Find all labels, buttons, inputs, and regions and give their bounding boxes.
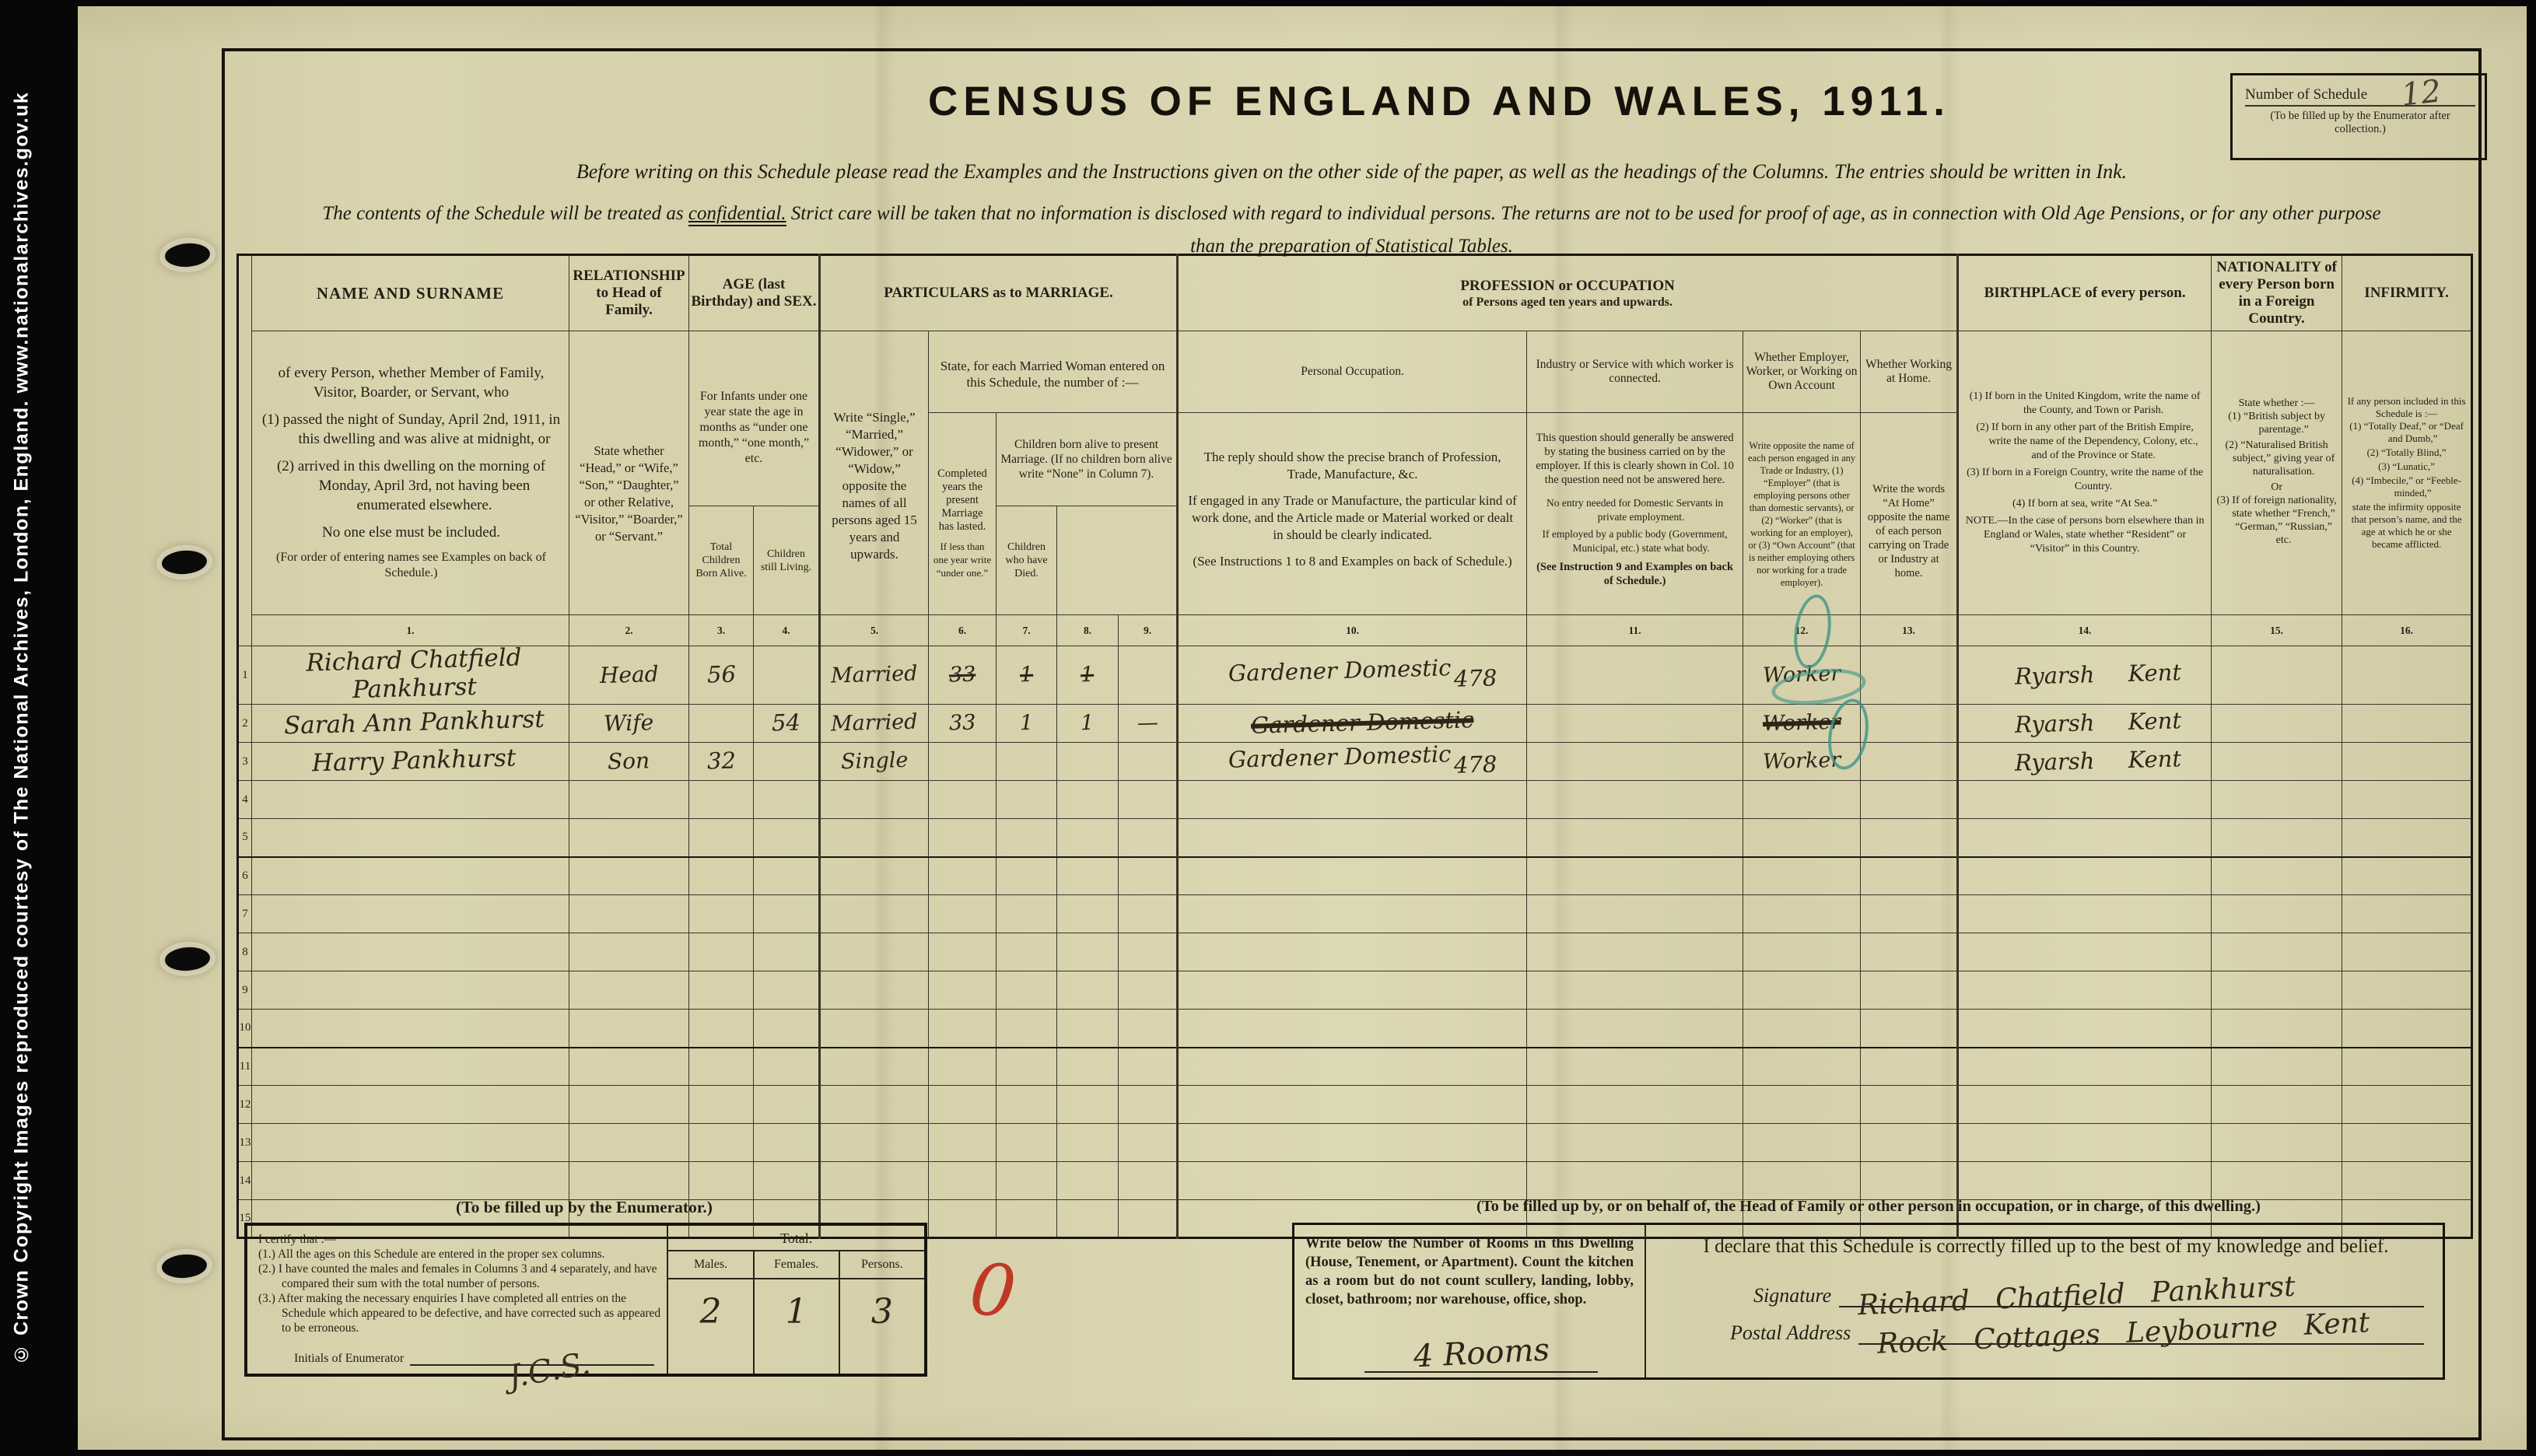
- cell-worker[interactable]: [1743, 857, 1861, 895]
- cell-years[interactable]: [929, 781, 997, 819]
- cell-died[interactable]: [1119, 819, 1178, 857]
- green-occupation-code: 478: [1454, 664, 1497, 691]
- cell-birthplace[interactable]: [1958, 1162, 2212, 1200]
- cell-died[interactable]: [1119, 646, 1178, 705]
- header-marital-status-instructions: Write “Single,” “Married,” “Widower,” or…: [820, 331, 929, 615]
- cell-born[interactable]: 1: [997, 646, 1057, 705]
- cell-name[interactable]: [252, 895, 569, 933]
- cell-born[interactable]: [997, 1124, 1057, 1162]
- industry-instruction-4: (See Instruction 9 and Exam­ples on back…: [1533, 560, 1736, 588]
- cell-age_f[interactable]: [754, 971, 820, 1010]
- cell-age_f[interactable]: [754, 1010, 820, 1048]
- cell-relationship[interactable]: [569, 1162, 689, 1200]
- cell-marriage[interactable]: [820, 1048, 929, 1086]
- cell-at_home[interactable]: [1861, 1124, 1958, 1162]
- cell-industry[interactable]: [1527, 1048, 1743, 1086]
- cell-nationality[interactable]: [2212, 1162, 2342, 1200]
- cell-marriage[interactable]: Single: [820, 743, 929, 781]
- cell-age_m[interactable]: [689, 933, 754, 971]
- schedule-number-note: (To be filled up by the Enumerator after…: [2245, 110, 2475, 136]
- infirmity-instruction-3: (3) “Lunatic,”: [2346, 460, 2467, 473]
- cell-nationality[interactable]: [2212, 1010, 2342, 1048]
- cell-living[interactable]: [1057, 1086, 1119, 1124]
- years-married-note: If less than one year write “under one.”: [933, 540, 992, 579]
- cell-years[interactable]: [929, 1124, 997, 1162]
- cell-age_m[interactable]: [689, 857, 754, 895]
- cell-age_m[interactable]: [689, 1010, 754, 1048]
- page-title: CENSUS OF ENGLAND AND WALES, 1911.: [225, 78, 2478, 125]
- row-number: 12: [238, 1086, 252, 1124]
- cell-industry[interactable]: [1527, 971, 1743, 1010]
- cell-died[interactable]: [1119, 1010, 1178, 1048]
- cell-years[interactable]: [929, 743, 997, 781]
- cell-birthplace[interactable]: [1958, 857, 2212, 895]
- cell-years[interactable]: [929, 1086, 997, 1124]
- total-label: Total.: [668, 1226, 924, 1251]
- cell-birthplace[interactable]: [1958, 933, 2212, 971]
- cell-birthplace[interactable]: [1958, 1010, 2212, 1048]
- cell-born[interactable]: 1: [997, 705, 1057, 743]
- cell-marriage[interactable]: Married: [820, 705, 929, 743]
- cell-died[interactable]: [1119, 1162, 1178, 1200]
- cell-infirmity[interactable]: [2342, 857, 2472, 895]
- cell-years[interactable]: 33: [929, 646, 997, 705]
- cell-age_m[interactable]: [689, 1124, 754, 1162]
- cell-at_home[interactable]: [1861, 819, 1958, 857]
- rooms-instructions: Write below the Number of Rooms in this …: [1305, 1234, 1634, 1309]
- cell-occupation[interactable]: [1178, 1124, 1527, 1162]
- cell-worker[interactable]: [1743, 819, 1861, 857]
- table-row: 6: [238, 857, 2472, 895]
- col-number-14: 14.: [1958, 615, 2212, 646]
- cell-birthplace[interactable]: [1958, 819, 2212, 857]
- table-row: 3Harry PankhurstSon32SingleGardener Dome…: [238, 743, 2472, 781]
- cell-marriage[interactable]: [820, 781, 929, 819]
- col-number-9: 9.: [1119, 615, 1178, 646]
- birthplace-note: NOTE.—In the case of persons born elsewh…: [1964, 514, 2205, 556]
- nationality-instruction-2: (2) “Naturalised British sub­ject,” givi…: [2216, 439, 2337, 478]
- cell-marriage[interactable]: [820, 1086, 929, 1124]
- cell-industry[interactable]: [1527, 743, 1743, 781]
- cell-age_m[interactable]: [689, 1048, 754, 1086]
- enumerator-total-table: Total. Males. Females. Persons. 2 1 3: [667, 1226, 924, 1374]
- industry-instruction-2: No entry needed for Domestic Ser­vants i…: [1533, 496, 1736, 524]
- cell-infirmity[interactable]: [2342, 1162, 2472, 1200]
- cell-years[interactable]: [929, 1162, 997, 1200]
- cell-relationship[interactable]: [569, 1086, 689, 1124]
- cell-infirmity[interactable]: [2342, 819, 2472, 857]
- cell-living[interactable]: [1057, 1010, 1119, 1048]
- cell-nationality[interactable]: [2212, 1086, 2342, 1124]
- cell-nationality[interactable]: [2212, 971, 2342, 1010]
- cell-name[interactable]: Sarah Ann Pankhurst: [252, 705, 569, 743]
- cell-nationality[interactable]: [2212, 1124, 2342, 1162]
- cell-worker[interactable]: [1743, 895, 1861, 933]
- cell-birthplace[interactable]: Ryarsh Kent: [1958, 743, 2212, 781]
- cell-worker[interactable]: [1743, 1162, 1861, 1200]
- cell-nationality[interactable]: [2212, 646, 2342, 705]
- cell-occupation[interactable]: [1178, 1010, 1527, 1048]
- cell-at_home[interactable]: [1861, 781, 1958, 819]
- cell-name[interactable]: Richard Chatfield Pankhurst: [252, 646, 569, 705]
- cell-birthplace[interactable]: Ryarsh Kent: [1958, 646, 2212, 705]
- cell-died[interactable]: [1119, 1200, 1178, 1238]
- cell-age_m[interactable]: [689, 781, 754, 819]
- header-occupation-instructions: The reply should show the precise branch…: [1178, 413, 1527, 615]
- schedule-number-value[interactable]: 12: [2366, 78, 2476, 109]
- cell-industry[interactable]: [1527, 1124, 1743, 1162]
- cell-at_home[interactable]: [1861, 1010, 1958, 1048]
- cell-at_home[interactable]: [1861, 646, 1958, 705]
- cell-marriage[interactable]: [820, 971, 929, 1010]
- cell-relationship[interactable]: [569, 895, 689, 933]
- header-industry-instructions: This question should gener­ally be answe…: [1527, 413, 1743, 615]
- cell-age_m[interactable]: [689, 895, 754, 933]
- cell-name[interactable]: [252, 1162, 569, 1200]
- cell-marriage[interactable]: Married: [820, 646, 929, 705]
- cell-birthplace[interactable]: [1958, 971, 2212, 1010]
- cell-marriage[interactable]: [820, 857, 929, 895]
- cell-age_f[interactable]: 54: [754, 705, 820, 743]
- infirmity-instruction-1: (1) “Totally Deaf,” or “Deaf and Dumb,”: [2346, 420, 2467, 445]
- cell-occupation[interactable]: [1178, 1162, 1527, 1200]
- infirmity-note: state the infirmity opposite that per­so…: [2346, 501, 2467, 551]
- cell-infirmity[interactable]: [2342, 971, 2472, 1010]
- cell-age_m[interactable]: [689, 705, 754, 743]
- table-row: 11: [238, 1048, 2472, 1086]
- cell-born[interactable]: [997, 1010, 1057, 1048]
- birthplace-instruction-2: (2) If born in any other part of the Bri…: [1964, 421, 2205, 463]
- cell-at_home[interactable]: [1861, 857, 1958, 895]
- cell-living[interactable]: [1057, 781, 1119, 819]
- occupation-instruction-2: If engaged in any Trade or Manufacture, …: [1186, 492, 1518, 544]
- cell-birthplace[interactable]: [1958, 895, 2212, 933]
- header-birthplace: BIRTHPLACE of every person.: [1958, 255, 2212, 331]
- cell-occupation[interactable]: Gardener Domestic478: [1178, 646, 1527, 705]
- col-number-5: 5.: [820, 615, 929, 646]
- cell-age_f[interactable]: [754, 1048, 820, 1086]
- females-value[interactable]: 1: [753, 1279, 839, 1374]
- cell-born[interactable]: [997, 1048, 1057, 1086]
- cell-years[interactable]: [929, 1048, 997, 1086]
- cell-born[interactable]: [997, 1200, 1057, 1238]
- cell-occupation[interactable]: [1178, 819, 1527, 857]
- cell-born[interactable]: [997, 895, 1057, 933]
- cell-at_home[interactable]: [1861, 895, 1958, 933]
- cell-died[interactable]: [1119, 781, 1178, 819]
- cell-marriage[interactable]: [820, 819, 929, 857]
- cell-living[interactable]: [1057, 743, 1119, 781]
- cell-worker[interactable]: [1743, 1086, 1861, 1124]
- table-row: 2Sarah Ann PankhurstWife54Married3311—Ga…: [238, 705, 2472, 743]
- cell-age_m[interactable]: 32: [689, 743, 754, 781]
- cell-born[interactable]: [997, 819, 1057, 857]
- cell-died[interactable]: [1119, 857, 1178, 895]
- nationality-or: Or: [2216, 481, 2337, 494]
- table-row: 1Richard Chatfield PankhurstHead56Marrie…: [238, 646, 2472, 705]
- birthplace-instruction-4: (4) If born at sea, write “At Sea.”: [1964, 497, 2205, 511]
- cell-infirmity[interactable]: [2342, 1048, 2472, 1086]
- cell-name[interactable]: [252, 1124, 569, 1162]
- cell-relationship[interactable]: Head: [569, 646, 689, 705]
- cell-age_m[interactable]: [689, 819, 754, 857]
- cell-birthplace[interactable]: Ryarsh Kent: [1958, 705, 2212, 743]
- header-infirmity-instructions: If any person included in this Schedule …: [2342, 331, 2472, 615]
- cell-age_f[interactable]: [754, 819, 820, 857]
- infirmity-instruction-2: (2) “Totally Blind,”: [2346, 446, 2467, 459]
- cell-infirmity[interactable]: [2342, 1124, 2472, 1162]
- cell-name[interactable]: Harry Pankhurst: [252, 743, 569, 781]
- header-nationality: NATIONALITY of every Person born in a Fo…: [2212, 255, 2342, 331]
- certify-intro: I certify that :—: [258, 1232, 662, 1247]
- cell-age_m[interactable]: [689, 1086, 754, 1124]
- cell-living[interactable]: [1057, 1200, 1119, 1238]
- cell-relationship[interactable]: [569, 1048, 689, 1086]
- cell-birthplace[interactable]: [1958, 1124, 2212, 1162]
- cell-infirmity[interactable]: [2342, 705, 2472, 743]
- cell-relationship[interactable]: [569, 781, 689, 819]
- postal-address-line[interactable]: Rock Cottages Leybourne Kent: [1858, 1325, 2424, 1345]
- cell-at_home[interactable]: [1861, 1048, 1958, 1086]
- cell-worker[interactable]: [1743, 1010, 1861, 1048]
- cell-occupation[interactable]: [1178, 1048, 1527, 1086]
- cell-died[interactable]: [1119, 895, 1178, 933]
- schedule-number-label: Number of Schedule: [2245, 86, 2367, 103]
- name-instruction-intro: of every Person, whether Member of Famil…: [261, 363, 561, 402]
- enumerator-box: I certify that :— (1.) All the ages on t…: [244, 1223, 927, 1377]
- rooms-value-line[interactable]: 4 Rooms: [1364, 1335, 1598, 1373]
- cell-at_home[interactable]: [1861, 743, 1958, 781]
- cell-relationship[interactable]: Wife: [569, 705, 689, 743]
- cell-nationality[interactable]: [2212, 1048, 2342, 1086]
- cell-relationship[interactable]: [569, 819, 689, 857]
- nationality-intro: State whether :—: [2216, 397, 2337, 410]
- cell-died[interactable]: [1119, 971, 1178, 1010]
- cell-nationality[interactable]: [2212, 743, 2342, 781]
- cell-age_f[interactable]: [754, 1162, 820, 1200]
- cell-name[interactable]: [252, 1086, 569, 1124]
- cell-worker[interactable]: [1743, 1124, 1861, 1162]
- cell-years[interactable]: [929, 819, 997, 857]
- instruction-2-part-c: Strict care will be taken that no inform…: [786, 203, 2381, 224]
- cell-age_f[interactable]: [754, 857, 820, 895]
- cell-at_home[interactable]: [1861, 1086, 1958, 1124]
- cell-occupation[interactable]: Gardener Domestic478: [1178, 743, 1527, 781]
- punch-hole: [164, 946, 211, 972]
- name-instruction-2: (2) arrived in this dwelling on the morn…: [261, 457, 561, 515]
- cell-nationality[interactable]: [2212, 895, 2342, 933]
- cell-born[interactable]: [997, 971, 1057, 1010]
- cell-relationship[interactable]: Son: [569, 743, 689, 781]
- cell-nationality[interactable]: [2212, 781, 2342, 819]
- cell-age_f[interactable]: [754, 646, 820, 705]
- punch-hole: [161, 1253, 208, 1279]
- cell-died[interactable]: [1119, 743, 1178, 781]
- cell-years[interactable]: [929, 1200, 997, 1238]
- cell-age_f[interactable]: [754, 895, 820, 933]
- row-number: 14: [238, 1162, 252, 1200]
- cell-marriage[interactable]: [820, 1010, 929, 1048]
- cell-occupation[interactable]: [1178, 781, 1527, 819]
- cell-relationship[interactable]: [569, 857, 689, 895]
- cell-age_m[interactable]: [689, 1162, 754, 1200]
- cell-industry[interactable]: [1527, 933, 1743, 971]
- cell-age_f[interactable]: [754, 781, 820, 819]
- cell-age_m[interactable]: [689, 971, 754, 1010]
- cell-years[interactable]: [929, 971, 997, 1010]
- cell-birthplace[interactable]: [1958, 1048, 2212, 1086]
- initials-line[interactable]: J.C.S.: [410, 1350, 654, 1366]
- cell-industry[interactable]: [1527, 857, 1743, 895]
- cell-age_f[interactable]: [754, 1124, 820, 1162]
- cell-worker[interactable]: [1743, 933, 1861, 971]
- header-profession-subtitle: of Persons aged ten years and upwards.: [1180, 295, 1955, 310]
- cell-years[interactable]: [929, 1010, 997, 1048]
- table-row: 10: [238, 1010, 2472, 1048]
- cell-nationality[interactable]: [2212, 933, 2342, 971]
- cell-name[interactable]: [252, 781, 569, 819]
- row-number: 11: [238, 1048, 252, 1086]
- cell-living[interactable]: 1: [1057, 705, 1119, 743]
- cell-living[interactable]: [1057, 1048, 1119, 1086]
- cell-name[interactable]: [252, 1010, 569, 1048]
- cell-nationality[interactable]: [2212, 705, 2342, 743]
- cell-marriage[interactable]: [820, 1162, 929, 1200]
- cell-infirmity[interactable]: [2342, 1010, 2472, 1048]
- cell-birthplace[interactable]: [1958, 1086, 2212, 1124]
- cell-birthplace[interactable]: [1958, 781, 2212, 819]
- males-value[interactable]: 2: [668, 1279, 752, 1374]
- cell-living[interactable]: [1057, 857, 1119, 895]
- instruction-line-1: Before writing on this Schedule please r…: [271, 160, 2432, 184]
- cell-years[interactable]: [929, 857, 997, 895]
- table-row: 4: [238, 781, 2472, 819]
- cell-living[interactable]: [1057, 1162, 1119, 1200]
- rooms-value: 4 Rooms: [1412, 1332, 1550, 1374]
- cell-relationship[interactable]: [569, 1124, 689, 1162]
- name-instruction-note2: (For order of entering names see Example…: [261, 550, 561, 581]
- cell-age_f[interactable]: [754, 1086, 820, 1124]
- name-instruction-1: (1) passed the night of Sunday, April 2n…: [261, 410, 561, 449]
- cell-name[interactable]: [252, 857, 569, 895]
- cell-living[interactable]: [1057, 895, 1119, 933]
- cell-died[interactable]: —: [1119, 705, 1178, 743]
- cell-name[interactable]: [252, 933, 569, 971]
- table-row: 5: [238, 819, 2472, 857]
- cell-occupation[interactable]: [1178, 933, 1527, 971]
- cell-born[interactable]: [997, 1086, 1057, 1124]
- cell-born[interactable]: [997, 1162, 1057, 1200]
- cell-at_home[interactable]: [1861, 971, 1958, 1010]
- cell-years[interactable]: [929, 933, 997, 971]
- cell-died[interactable]: [1119, 933, 1178, 971]
- cell-industry[interactable]: [1527, 1086, 1743, 1124]
- persons-value[interactable]: 3: [839, 1279, 924, 1374]
- cell-industry[interactable]: [1527, 781, 1743, 819]
- cell-industry[interactable]: [1527, 819, 1743, 857]
- cell-relationship[interactable]: [569, 933, 689, 971]
- cell-born[interactable]: [997, 743, 1057, 781]
- cell-at_home[interactable]: [1861, 933, 1958, 971]
- industry-instruction-1: This question should gener­ally be answe…: [1533, 431, 1736, 487]
- cell-at_home[interactable]: [1861, 705, 1958, 743]
- census-table-body: 1Richard Chatfield PankhurstHead56Marrie…: [238, 646, 2472, 1238]
- cell-infirmity[interactable]: [2342, 1086, 2472, 1124]
- header-age-instructions: For Infants under one year state the age…: [689, 331, 820, 506]
- cell-name[interactable]: [252, 819, 569, 857]
- cell-industry[interactable]: [1527, 646, 1743, 705]
- cell-age_m[interactable]: 56: [689, 646, 754, 705]
- cell-infirmity[interactable]: [2342, 895, 2472, 933]
- cell-living[interactable]: [1057, 933, 1119, 971]
- years-married-text: Com­pleted years the present Marriage ha…: [933, 467, 992, 534]
- cell-age_f[interactable]: [754, 743, 820, 781]
- census-form: CENSUS OF ENGLAND AND WALES, 1911. Numbe…: [222, 48, 2482, 1440]
- cell-name[interactable]: [252, 1048, 569, 1086]
- cell-infirmity[interactable]: [2342, 781, 2472, 819]
- industry-instruction-3: If employed by a public body (Government…: [1533, 527, 1736, 555]
- occupation-instruction-1: The reply should show the precise branch…: [1186, 449, 1518, 483]
- cell-occupation[interactable]: [1178, 895, 1527, 933]
- cell-occupation[interactable]: [1178, 857, 1527, 895]
- header-infirmity: INFIRMITY.: [2342, 255, 2472, 331]
- cell-at_home[interactable]: [1861, 1162, 1958, 1200]
- cell-living[interactable]: 1: [1057, 646, 1119, 705]
- cell-age_f[interactable]: [754, 933, 820, 971]
- cell-industry[interactable]: [1527, 895, 1743, 933]
- males-label: Males.: [668, 1251, 752, 1278]
- cell-industry[interactable]: [1527, 705, 1743, 743]
- header-at-home: Whether Working at Home.: [1861, 331, 1958, 413]
- cell-living[interactable]: [1057, 1124, 1119, 1162]
- certify-item-3: (3.) After making the necessary enquirie…: [258, 1291, 662, 1335]
- enumerator-certify: I certify that :— (1.) All the ages on t…: [247, 1226, 667, 1374]
- cell-infirmity[interactable]: [2342, 933, 2472, 971]
- cell-living[interactable]: [1057, 971, 1119, 1010]
- cell-years[interactable]: [929, 895, 997, 933]
- cell-worker[interactable]: [1743, 1048, 1861, 1086]
- cell-occupation[interactable]: [1178, 971, 1527, 1010]
- cell-born[interactable]: [997, 857, 1057, 895]
- cell-infirmity[interactable]: [2342, 743, 2472, 781]
- cell-nationality[interactable]: [2212, 819, 2342, 857]
- cell-industry[interactable]: [1527, 1162, 1743, 1200]
- cell-worker[interactable]: [1743, 971, 1861, 1010]
- females-label: Females.: [753, 1251, 839, 1278]
- cell-born[interactable]: [997, 781, 1057, 819]
- cell-died[interactable]: [1119, 1086, 1178, 1124]
- cell-died[interactable]: [1119, 1048, 1178, 1086]
- header-industry: Industry or Service with which worker is…: [1527, 331, 1743, 413]
- cell-infirmity[interactable]: [2342, 646, 2472, 705]
- cell-occupation[interactable]: [1178, 1086, 1527, 1124]
- cell-marriage[interactable]: [820, 933, 929, 971]
- cell-worker[interactable]: [1743, 781, 1861, 819]
- cell-living[interactable]: [1057, 819, 1119, 857]
- cell-occupation[interactable]: Gardener Domestic: [1178, 705, 1527, 743]
- cell-nationality[interactable]: [2212, 857, 2342, 895]
- cell-industry[interactable]: [1527, 1010, 1743, 1048]
- cell-marriage[interactable]: [820, 1124, 929, 1162]
- cell-born[interactable]: [997, 933, 1057, 971]
- cell-relationship[interactable]: [569, 971, 689, 1010]
- cell-name[interactable]: [252, 971, 569, 1010]
- cell-died[interactable]: [1119, 1124, 1178, 1162]
- cell-marriage[interactable]: [820, 895, 929, 933]
- signature-line[interactable]: Richard Chatfield Pankhurst: [1839, 1287, 2424, 1307]
- cell-relationship[interactable]: [569, 1010, 689, 1048]
- cell-years[interactable]: 33: [929, 705, 997, 743]
